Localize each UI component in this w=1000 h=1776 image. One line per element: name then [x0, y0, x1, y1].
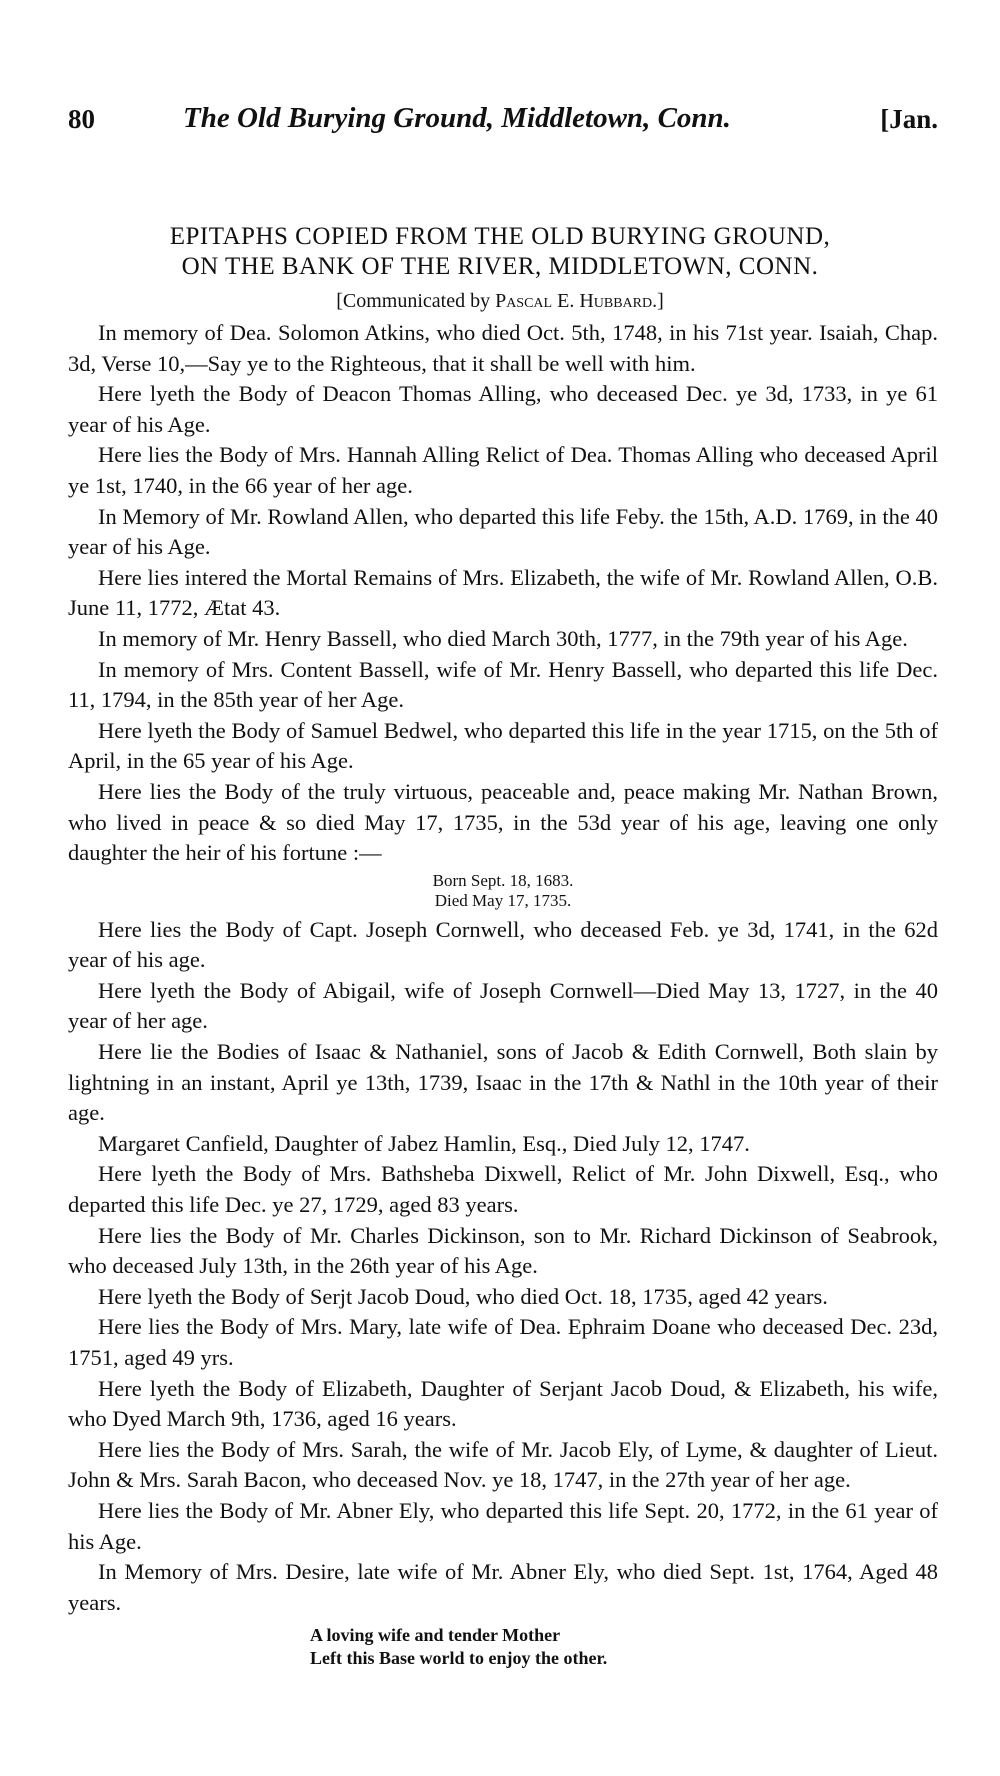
article-title-line-2: ON THE BANK OF THE RIVER, MIDDLETOWN, CO… [60, 252, 940, 282]
brown-died: Died May 17, 1735. [68, 891, 938, 911]
epitaph-entry: Here lies intered the Mortal Remains of … [68, 563, 938, 624]
epitaph-list: In memory of Dea. Solomon Atkins, who di… [68, 318, 938, 1670]
epitaph-entry: Here lies the Body of Mr. Abner Ely, who… [68, 1496, 938, 1557]
epitaph-entry: Here lies the Body of Mr. Charles Dickin… [68, 1221, 938, 1282]
brown-dates: Born Sept. 18, 1683. Died May 17, 1735. [68, 871, 938, 911]
running-head-title: The Old Burying Ground, Middletown, Conn… [183, 102, 731, 135]
article-title: EPITAPHS COPIED FROM THE OLD BURYING GRO… [60, 222, 940, 282]
epitaph-entry: Here lies the Body of Mrs. Mary, late wi… [68, 1312, 938, 1373]
epitaph-entry: In Memory of Mr. Rowland Allen, who depa… [68, 502, 938, 563]
epitaph-entry: Here lyeth the Body of Mrs. Bathsheba Di… [68, 1159, 938, 1220]
running-head: 80 The Old Burying Ground, Middletown, C… [68, 100, 938, 140]
epitaph-entry: In memory of Mrs. Content Bassell, wife … [68, 655, 938, 716]
closing-verse-line-1: A loving wife and tender Mother [310, 1624, 938, 1647]
epitaph-entry: Here lyeth the Body of Abigail, wife of … [68, 976, 938, 1037]
epitaph-entry: In memory of Dea. Solomon Atkins, who di… [68, 318, 938, 379]
closing-verse-line-2: Left this Base world to enjoy the other. [310, 1647, 938, 1670]
closing-verse: A loving wife and tender Mother Left thi… [68, 1624, 938, 1670]
communicated-suffix: .] [652, 290, 664, 312]
epitaph-entry: Here lyeth the Body of Serjt Jacob Doud,… [68, 1282, 938, 1313]
epitaph-entry: Here lies the Body of Mrs. Hannah Alling… [68, 440, 938, 501]
communicator-name: Pascal E. Hubbard [495, 290, 652, 312]
communicated-by: [Communicated by Pascal E. Hubbard.] [60, 290, 940, 313]
epitaph-entry: Here lyeth the Body of Elizabeth, Daught… [68, 1374, 938, 1435]
epitaph-entry: Here lyeth the Body of Deacon Thomas All… [68, 379, 938, 440]
epitaph-entry: Margaret Canfield, Daughter of Jabez Ham… [68, 1129, 938, 1160]
epitaph-entry: In Memory of Mrs. Desire, late wife of M… [68, 1557, 938, 1618]
epitaph-entry: Here lies the Body of the truly virtuous… [68, 777, 938, 869]
epitaph-entry: Here lie the Bodies of Isaac & Nathaniel… [68, 1037, 938, 1129]
brown-born: Born Sept. 18, 1683. [68, 871, 938, 891]
running-head-month: [Jan. [880, 104, 938, 135]
epitaph-entry: Here lyeth the Body of Samuel Bedwel, wh… [68, 716, 938, 777]
article-title-line-1: EPITAPHS COPIED FROM THE OLD BURYING GRO… [60, 222, 940, 252]
communicated-prefix: [Communicated by [336, 290, 495, 312]
epitaph-entry: Here lies the Body of Capt. Joseph Cornw… [68, 915, 938, 976]
page-number: 80 [68, 104, 95, 135]
epitaph-entry: In memory of Mr. Henry Bassell, who died… [68, 624, 938, 655]
epitaph-entry: Here lies the Body of Mrs. Sarah, the wi… [68, 1435, 938, 1496]
